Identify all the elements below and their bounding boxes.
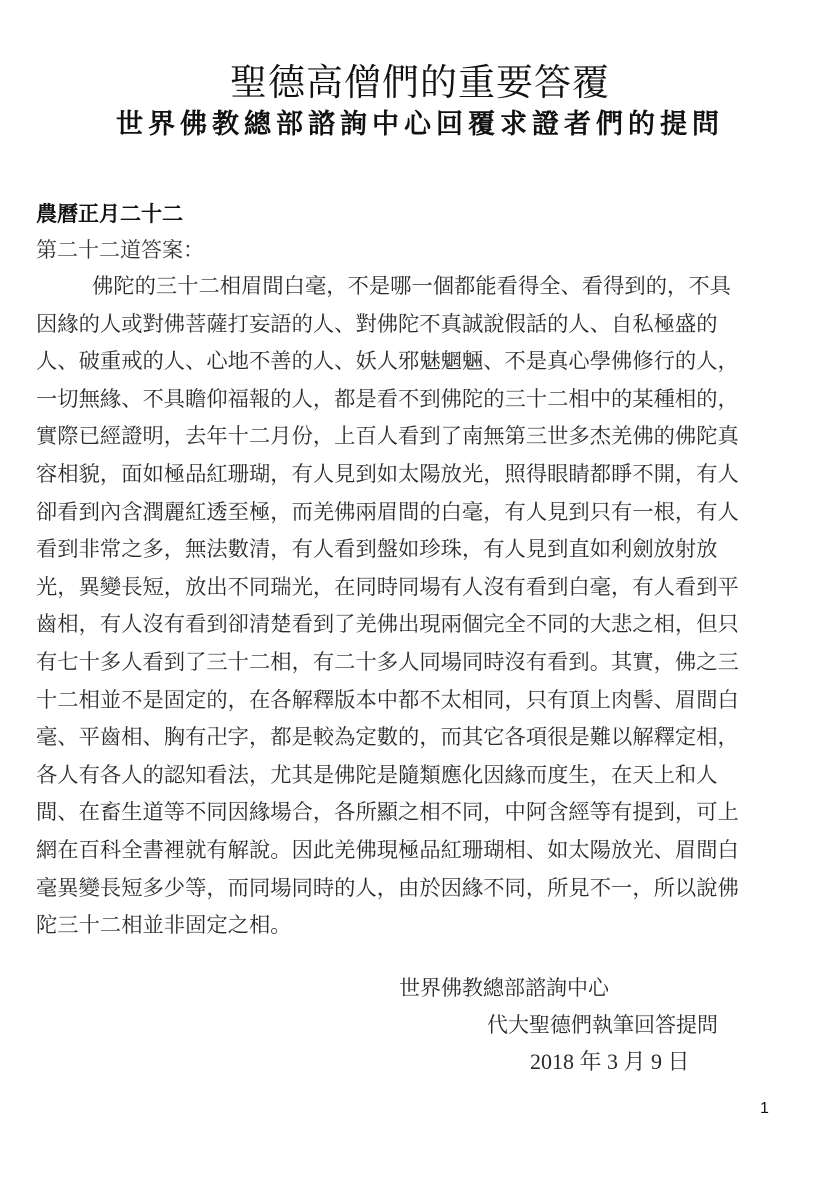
page-number: 1 <box>760 1100 769 1118</box>
body-line: 容相貌，面如極品紅珊瑚，有人見到如太陽放光，照得眼睛都睜不開，有人 <box>36 456 816 494</box>
body-line: 間、在畜生道等不同因緣場合，各所顯之相不同，中阿含經等有提到，可上 <box>36 794 816 832</box>
document-title: 聖德高僧們的重要答覆 <box>0 52 840 106</box>
body-line: 齒相，有人沒有看到卻清楚看到了羌佛出現兩個完全不同的大悲之相，但只 <box>36 606 816 644</box>
signature-date: 2018 年 3 月 9 日 <box>530 1045 690 1076</box>
body-line: 毫異變長短多少等，而同場同時的人，由於因緣不同，所見不一，所以說佛 <box>36 870 816 908</box>
body-line: 陀三十二相並非固定之相。 <box>36 907 816 945</box>
body-line: 佛陀的三十二相眉間白毫，不是哪一個都能看得全、看得到的，不具 <box>36 268 816 306</box>
signature-on-behalf: 代大聖德們執筆回答提問 <box>487 1009 718 1039</box>
body-line: 各人有各人的認知看法，尤其是佛陀是隨類應化因緣而度生，在天上和人 <box>36 757 816 795</box>
body-line: 因緣的人或對佛菩薩打妄語的人、對佛陀不真誠說假話的人、自私極盛的 <box>36 306 816 344</box>
body-line: 一切無緣、不具瞻仰福報的人，都是看不到佛陀的三十二相中的某種相的， <box>36 381 816 419</box>
answer-label: 第二十二道答案： <box>36 234 204 264</box>
body-line: 人、破重戒的人、心地不善的人、妖人邪魅魍魎、不是真心學佛修行的人， <box>36 343 816 381</box>
lunar-date-heading: 農曆正月二十二 <box>36 198 183 228</box>
body-line: 毫、平齒相、胸有卍字，都是較為定數的，而其它各項很是難以解釋定相， <box>36 719 816 757</box>
body-line: 有七十多人看到了三十二相，有二十多人同場同時沒有看到。其實，佛之三 <box>36 644 816 682</box>
signature-organization: 世界佛教總部諮詢中心 <box>399 972 609 1002</box>
body-line: 實際已經證明，去年十二月份，上百人看到了南無第三世多杰羌佛的佛陀真 <box>36 418 816 456</box>
document-subtitle: 世界佛教總部諮詢中心回覆求證者們的提問 <box>0 102 840 141</box>
body-line: 網在百科全書裡就有解說。因此羌佛現極品紅珊瑚相、如太陽放光、眉間白 <box>36 832 816 870</box>
answer-body: 佛陀的三十二相眉間白毫，不是哪一個都能看得全、看得到的，不具 因緣的人或對佛菩薩… <box>36 268 816 945</box>
body-line: 光，異變長短，放出不同瑞光，在同時同場有人沒有看到白毫，有人看到平 <box>36 569 816 607</box>
body-line: 看到非常之多，無法數清，有人看到盤如珍珠，有人見到直如利劍放射放 <box>36 531 816 569</box>
body-line: 十二相並不是固定的，在各解釋版本中都不太相同，只有頂上肉髻、眉間白 <box>36 682 816 720</box>
body-line: 卻看到內含潤麗紅透至極，而羌佛兩眉間的白毫，有人見到只有一根，有人 <box>36 494 816 532</box>
